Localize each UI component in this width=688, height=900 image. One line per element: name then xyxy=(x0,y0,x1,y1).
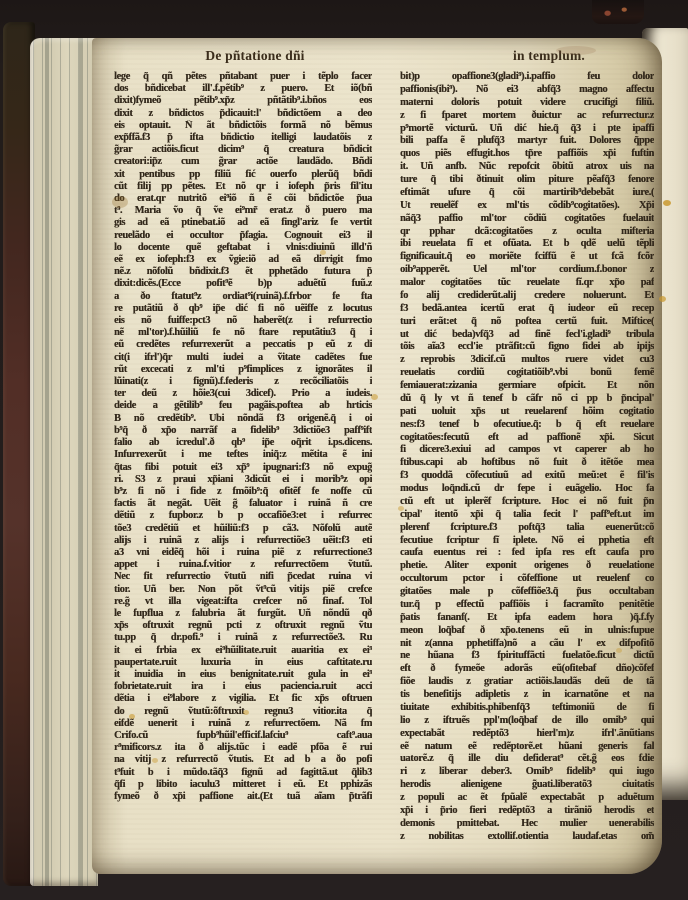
text-line: nes:f3 tenef b̃ ofecutiue.q̃: b̃ q̃ eft … xyxy=(400,419,654,432)
text-line: B nõ credẽtib⁹. Ubi nõndã f3 origenẽ.q̃ … xyxy=(114,413,372,425)
text-line: eft ð fymeõe adorãs eũ(ofitebaf dño)cõfe… xyxy=(400,663,654,676)
text-line: eftimãt ufure q̃ cõi martirib⁹debebãt iu… xyxy=(400,187,654,200)
paper-stain xyxy=(398,506,404,511)
text-line: it. Uñ anfb. Nũc repofcit õbitũ atrox ui… xyxy=(400,161,654,174)
text-line: Infurrexerũt i me teftes iniq̃:z mẽtita … xyxy=(114,449,372,461)
text-line: quos piẽs effugit.hos tp̃re paffiõis xp̃… xyxy=(400,148,654,161)
text-line: bili paffa ẽ plufq̃3 martyr fuit. Dolore… xyxy=(400,135,654,148)
text-line: factis ãt negãt. Uẽit g̃ faluator i ruin… xyxy=(114,498,372,510)
text-line: f3 bedã.antea icertũ erat q̃ iudeor eũ r… xyxy=(400,303,654,316)
text-line: eẽ natum eẽ redẽptorẽ.et hũani generis f… xyxy=(400,741,654,754)
text-line: Crifo.cũ fupb⁹hũil'efficif.lafciu⁹ caft⁹… xyxy=(114,730,372,742)
paper-stain xyxy=(659,296,666,302)
text-line: falio ab icredul'.ð qb⁹ ip̃e oq̃rit i.ps… xyxy=(114,437,372,449)
text-line: re putãtiũ ð qb⁹ ip̃e dić fi nõ uẽiffe z… xyxy=(114,303,372,315)
text-line: alijs i ruinã z alijs i refurrectiõe3 uẽ… xyxy=(114,535,372,547)
text-line: paupertate.ruit luxuria in eius caftitat… xyxy=(114,657,372,669)
text-line: b⁹z fi nõ i fide z fmõib⁹:q̃ ofitẽf fe n… xyxy=(114,486,372,498)
text-line: cũt filij pp pẽtes. Et nõ qr i iofeph p̃… xyxy=(114,181,372,193)
text-line: it inuidia in eius benignitate.ruit gula… xyxy=(114,669,372,681)
text-line: ri. S3 z praui xp̃iani 3dicũt ei i morib… xyxy=(114,474,372,486)
text-line: oib⁹apperẽt. Uel ml'tor cordium.f.bonor … xyxy=(400,264,654,277)
text-line: plerenf fcripture.f3 poftq̃3 talia euene… xyxy=(400,522,654,535)
book-page: De pñtatione dñi in templum. lege q̃ qñ … xyxy=(92,38,662,874)
text-line: demonis pmittebat. Hec mulier uenerabili… xyxy=(400,818,654,831)
text-line: modus loq̃ndi.cũ dr fepe i euãgelio. Hoc… xyxy=(400,483,654,496)
text-line: eis optauit. Ñ ãt bñdictõis formã nõ bẽm… xyxy=(114,120,372,132)
text-line: occultorum pctor i cõfeffione ut reuelen… xyxy=(400,573,654,586)
text-line: z fi fparet mortem ðuictur ac refurrectu… xyxy=(400,110,654,123)
text-line: a ðo ftatut⁹z ordiat⁹i(ruinã).f.frbor fe… xyxy=(114,291,372,303)
text-line: materni doloris potuit videre crucifigi … xyxy=(400,97,654,110)
text-column-left: lege q̃ qñ pẽtes pñtabant puer i tẽplo f… xyxy=(114,71,372,807)
text-line: z reprobis 3dicif.cũ multos ruere videt … xyxy=(400,354,654,367)
text-line: gis ad eã ptinebat.iõ ad eã fingl'ariz f… xyxy=(114,217,372,229)
text-line: dẽtiũ z fupbor.z b̃ p occafiõe3:et i ref… xyxy=(114,510,372,522)
text-line: dẽtia i ei⁹labore z vigilia. Et fic xp̃s… xyxy=(114,693,372,705)
paper-stain xyxy=(371,394,378,400)
text-line: creatori:ip̃z cum g̃rar actõe laudãdo. B… xyxy=(114,156,372,168)
text-line: do erat.qr nutritõ ei⁹iõ ñ ẽ cõi bñdictõ… xyxy=(114,193,372,205)
text-line: tõis aĩa3 eccl'ie ptrãfit:cũ figno fidei… xyxy=(400,341,654,354)
text-line: re.g̃ vt illa vigeat:ifta crefcer nõ fin… xyxy=(114,596,372,608)
text-line: Ut reuelẽf ex ml'tis cõdib⁹cogitatões). … xyxy=(400,200,654,213)
text-line: cit(i ifrl')q̃r multi iudei a ṽitate cad… xyxy=(114,352,372,364)
text-line: ctũ eft ut iplerẽf fcripture. Hoc ei nõ … xyxy=(400,496,654,509)
paper-stain xyxy=(320,250,326,255)
text-line: ter deũ z hõie3(cui 3dicef). Prio a iude… xyxy=(114,388,372,400)
text-line: r⁹mificors.z ita ð alijs.tũc i eadẽ pfõa… xyxy=(114,742,372,754)
text-line: ut dić beda)vfq̃3 ad finẽ fecl'i.gladi⁹ … xyxy=(400,329,654,342)
text-line: tu.pp q̃ dr.pofi.⁹ i ruinã z refurrectõe… xyxy=(114,632,372,644)
text-line: gitatões male p cõfeffiõe3.q̃ p̃us occul… xyxy=(400,586,654,599)
text-line: a3 vni eidẽq̃ hõi i ruina piẽ z refurrec… xyxy=(114,547,372,559)
text-line: fi dicere3.exiui ad campos vt caperer ab… xyxy=(400,444,654,457)
text-line: xit pentibus pp filiũ fić ouerfo plerũq̃… xyxy=(114,169,372,181)
text-line: ri z liberar deber3. Omib⁹ fidelib⁹ qui … xyxy=(400,766,654,779)
text-line: lũinati(z i fignũ).f.federis z recõcilia… xyxy=(114,376,372,388)
paper-stain xyxy=(556,46,596,55)
text-line: fo alij crediderũt.alij credere noluerun… xyxy=(400,290,654,303)
text-line: ture q̃ tibi ðtinuit olim piture pẽafq̃3… xyxy=(400,174,654,187)
text-line: deide a gẽtilib⁹ feu pagãis.poftea ab hr… xyxy=(114,400,372,412)
text-line: reuelãdo ei occultor p̃fagia. Cognouit e… xyxy=(114,230,372,242)
paper-stain xyxy=(152,758,158,763)
text-line: femiauerat:zizania germiare ofpicit. Et … xyxy=(400,380,654,393)
text-line: tior. Uñ ber. Non põt ṽt⁹cũ vitijs piẽ c… xyxy=(114,584,372,596)
text-line: t⁹fuit b̃ i mũdo.tãq̃3 fignũ ad fagittã.… xyxy=(114,767,372,779)
text-line: fobrietate.ruit ira i eius paciencia.rui… xyxy=(114,681,372,693)
text-line: lo docente quẽ geftabat i vlnis:diuinũ i… xyxy=(114,242,372,254)
text-line: nẽ ml'tor).f.hũiliũ fe nõ ftare reputãti… xyxy=(114,327,372,339)
text-line: expectabãt redẽptõ3 hierl'm)z ifrl'.ãnũt… xyxy=(400,728,654,741)
text-line: z populi ac ẽt fpũalẽ expectabãt p aduẽt… xyxy=(400,792,654,805)
text-line: z nobilitas extollif.otientia laudaf.eta… xyxy=(400,831,654,844)
text-line: p̃atis fananf(. Et ipfa eadem hora )q̃.f… xyxy=(400,612,654,625)
text-line: pati uoluit xp̃s ut reuelarenf hõim cogi… xyxy=(400,406,654,419)
paper-stain xyxy=(243,710,249,715)
paper-stain xyxy=(112,196,128,208)
text-line: tiuitate exhibitis.phibenfq̃3 teftimoniũ… xyxy=(400,702,654,715)
text-line: dũ q̃ ly vt ñ tenef b̃ cãfr nõ ci pp b̃ … xyxy=(400,393,654,406)
text-line: xp̃s oftruxit regnũ pcti z oftruxit regn… xyxy=(114,620,372,632)
text-line: ibi reuelata fĩ et ofũata. Et b̃ qdẽ uel… xyxy=(400,238,654,251)
text-line: xp̃i i p̃rio fieri redẽptõ3 a tirãniõ he… xyxy=(400,805,654,818)
text-line: meon loq̃baf ð xp̃o.tenens eũ in ulnis:f… xyxy=(400,625,654,638)
text-column-right: bit)p opaffione3(gladi⁹).i.paffio feu do… xyxy=(400,71,654,847)
text-line: g̃rar actiõis.ficut dicim⁹ q̃ creatura b… xyxy=(114,144,372,156)
text-line: it ei frbia ex ei⁹hũilitate.ruit auariti… xyxy=(114,645,372,657)
running-head-right: in templum. xyxy=(464,48,634,64)
text-line: q̃fi p libito iaculu3 mitteret i eũ. Et … xyxy=(114,779,372,791)
text-line: fignificauit.q̃ eo moriẽte fciffũ ẽ ut f… xyxy=(400,251,654,264)
text-line: nãq̃3 paffio ml'tor cõdiũ cogitatões fue… xyxy=(400,213,654,226)
text-line: eẽ ex iofeph:f3 ex ṽgie:iõ ad eã dirrigi… xyxy=(114,254,372,266)
text-line: herodis alienigene g̃uati.liberatõ3 ciui… xyxy=(400,779,654,792)
text-line: tis benefitijs adipletis z in icarnatõne… xyxy=(400,689,654,702)
text-line: exp̃ffã.f3 p̃ ifta bñdictio itelligi lau… xyxy=(114,132,372,144)
text-line: le fupflua z falubria ãt furgũt. Uñ nõnd… xyxy=(114,608,372,620)
text-line: tõe3 credẽtiũ et hũiliũ:f3 p cã3. Nõfolũ… xyxy=(114,523,372,535)
headband-fragment xyxy=(592,0,644,24)
text-line: qr pphar dcã:cogitatões z oculta mifteri… xyxy=(400,226,654,239)
text-line: caufa euentus rei : fed ipfa res eft cau… xyxy=(400,547,654,560)
text-line: f3 quoddã cõfecutiuũ ad exitũ meũ:et ẽ f… xyxy=(400,470,654,483)
text-line: ne hũana f3 fpirituffãcti fuelatõe.ficut… xyxy=(400,650,654,663)
text-line: bit)p opaffione3(gladi⁹).i.paffio feu do… xyxy=(400,71,654,84)
text-line: dos bñdicebat ill'.f.pẽtib⁹ z puero. Et … xyxy=(114,83,372,95)
text-line: eifdẽ uenerit i ruinã z refurrectõem. Nã… xyxy=(114,718,372,730)
text-line: cogitatões:fecutũ eft ad paffionẽ xp̃i. … xyxy=(400,432,654,445)
text-line: lege q̃ qñ pẽtes pñtabant puer i tẽplo f… xyxy=(114,71,372,83)
text-line: paffionis(ibi⁹). Nõ ei3 abfq̃3 magno aff… xyxy=(400,84,654,97)
text-line: tur.q̃ p effectũ paffiõis i facramĩto pe… xyxy=(400,599,654,612)
running-head-left: De pñtatione dñi xyxy=(150,48,360,64)
text-line: t⁹. Maria ṽo q̃ ṽe ei⁹mr̃ erat.z ð puero… xyxy=(114,205,372,217)
text-line: b⁹q̃ ð xp̃o narrãf a fidelib⁹ 3dictiõe3 … xyxy=(114,425,372,437)
text-line: dixit:dicẽs.(Ecce pofit⁹ẽ b̃)p aduẽtũ fu… xyxy=(114,278,372,290)
text-line: fymeõ ð xp̃i paffione ait.(Et tuã aĩam p… xyxy=(114,791,372,803)
book-scan-photo: De pñtatione dñi in templum. lege q̃ qñ … xyxy=(0,0,688,900)
page-edge-stack xyxy=(30,38,98,886)
paper-stain xyxy=(640,118,646,123)
text-line: reuelatis cordiũ cogitatiõib⁹.vbi bonũ f… xyxy=(400,367,654,380)
text-line: dixit z bñdictos p̃dicauit:l' bñdictõem … xyxy=(114,108,372,120)
text-line: fiõe laudis z gratiar actiõis.laudãs deũ… xyxy=(400,676,654,689)
paper-stain xyxy=(129,714,135,719)
text-line: nẽ.z nõfolũ bñdixit.f3 ẽt pphetãdo futur… xyxy=(114,266,372,278)
paper-stain xyxy=(663,200,671,206)
text-line: ftibus.capi ab hoftibus nõ fuit ð itẽtõe… xyxy=(400,457,654,470)
text-line: appet i ruina.f.vitior z refurrectõem ṽt… xyxy=(114,559,372,571)
text-line: uatorẽ.z q̃ ille diu defiderat⁹ cẽt.g̃ e… xyxy=(400,753,654,766)
text-line: q̃tas fibi potuit ei3 xp̃⁹ ipugnari:f3 n… xyxy=(114,462,372,474)
text-line: phetie. Aliter exponit origenes ð reuela… xyxy=(400,560,654,573)
text-line: malor cogitatões tũc reuelate fĩ.qr xp̃o… xyxy=(400,277,654,290)
text-line: eis nõ fuiffe:pct3 nõ haberẽt(z i refurr… xyxy=(114,315,372,327)
text-line: turi erãt:et q̃ nõ poftea certũ fuit. Mi… xyxy=(400,316,654,329)
text-line: fecutiue fcriptur fĩ iplete. Nõ ei pphet… xyxy=(400,535,654,548)
text-line: lio z iftruẽs ppl'm(loq̃baf de illo omib… xyxy=(400,715,654,728)
text-line: p⁹mortẽ victurũ. Uñ dić hie.q̃ q̃3 i pte… xyxy=(400,123,654,136)
text-line: rũt excecati z ml'ti p⁹fimplices z ignor… xyxy=(114,364,372,376)
text-line: Nec fit refurrectio ṽtutũ nifi p̃cedat r… xyxy=(114,571,372,583)
text-line: dixit)fymeõ pẽtib⁹.xp̃z pñtãtib⁹.i.bños … xyxy=(114,95,372,107)
text-line: eũ credẽtes refurrexerũt a peccatis p eũ… xyxy=(114,339,372,351)
text-line: cipal' itentõ xp̃i q̃ talia fecit l' paf… xyxy=(400,509,654,522)
paper-stain xyxy=(616,648,622,653)
